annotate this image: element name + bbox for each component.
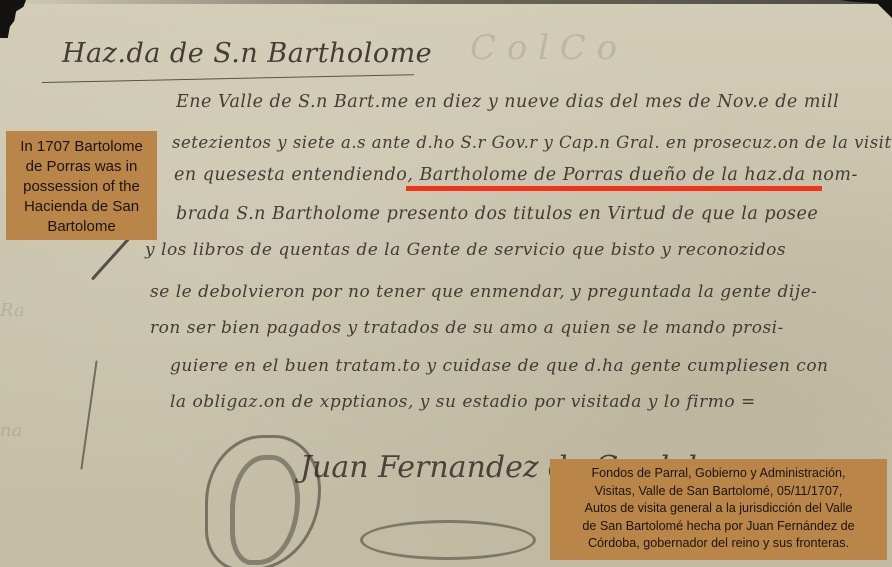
highlight-underline xyxy=(406,186,822,191)
manuscript-line: se le debolvieron por no tener que enmen… xyxy=(150,282,817,302)
annotation-line: possession of the xyxy=(10,177,153,197)
annotation-left: In 1707 Bartolome de Porras was in posse… xyxy=(6,131,157,240)
torn-corner xyxy=(0,0,26,38)
manuscript-line: brada S.n Bartholome presento dos titulo… xyxy=(176,204,818,224)
annotation-line: In 1707 Bartolome xyxy=(10,137,153,157)
citation-line: Autos de visita general a la jurisdicció… xyxy=(552,500,885,518)
heading-underline xyxy=(42,74,414,83)
manuscript-line: la obligaz.on de xpptianos, y su estadio… xyxy=(170,392,756,412)
annotation-line: Hacienda de San xyxy=(10,197,153,217)
citation-line: Fondos de Parral, Gobierno y Administrac… xyxy=(552,465,885,483)
citation-line: Visitas, Valle de San Bartolomé, 05/11/1… xyxy=(552,483,885,501)
annotation-source-citation: Fondos de Parral, Gobierno y Administrac… xyxy=(550,459,887,560)
annotation-line: Bartolome xyxy=(10,217,153,237)
manuscript-line: setezientos y siete a.s ante d.ho S.r Go… xyxy=(172,133,892,152)
manuscript-line: guiere en el buen tratam.to y cuidase de… xyxy=(170,356,829,376)
signature-rubric xyxy=(360,520,536,560)
bleed-through-text: Ra xyxy=(0,300,25,321)
citation-line: Córdoba, gobernador del reino y sus fron… xyxy=(552,535,885,553)
citation-line: de San Bartolomé hecha por Juan Fernánde… xyxy=(552,518,885,536)
margin-flourish xyxy=(80,360,97,469)
manuscript-line: y los libros de quentas de la Gente de s… xyxy=(145,240,786,260)
manuscript-line: Ene Valle de S.n Bart.me en diez y nueve… xyxy=(176,92,839,112)
bleed-through-text: na xyxy=(0,420,22,441)
page-edge xyxy=(0,0,892,4)
manuscript-page: C o l C o Ra na Haz.da de S.n Bartholome… xyxy=(0,0,892,567)
manuscript-line: en quesesta entendiendo, Bartholome de P… xyxy=(174,165,858,185)
manuscript-heading: Haz.da de S.n Bartholome xyxy=(62,38,432,69)
bleed-through-text: C o l C o xyxy=(470,28,617,68)
manuscript-line: ron ser bien pagados y tratados de su am… xyxy=(150,318,784,338)
annotation-line: de Porras was in xyxy=(10,157,153,177)
